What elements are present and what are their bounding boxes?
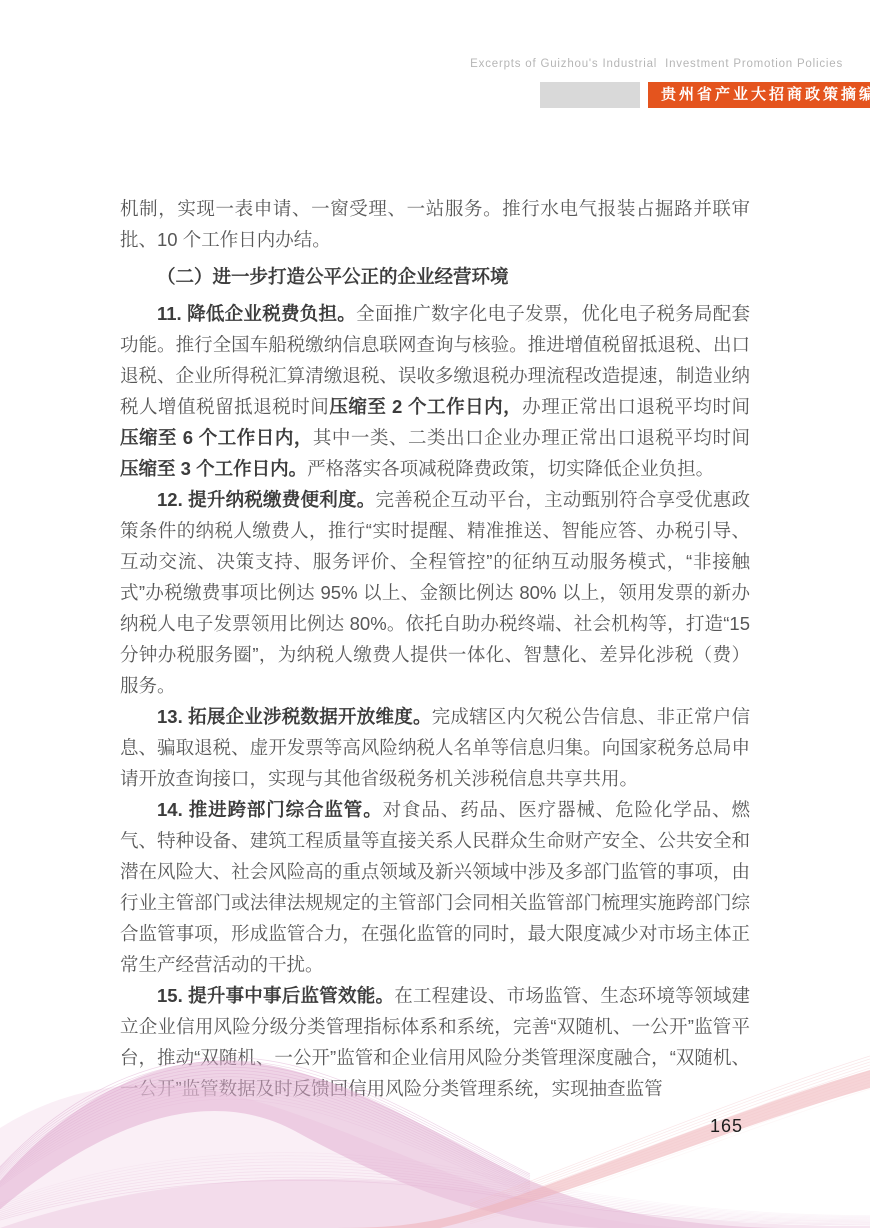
document-page: Excerpts of Guizhou's Industrial Investm… — [0, 0, 870, 1228]
wave-thread — [0, 1156, 870, 1217]
text-run: 其中一类、二类出口企业办理正常出口退税平均时间 — [313, 427, 750, 448]
header-gray-bar — [540, 82, 640, 108]
document-body: 机制，实现一表申请、一窗受理、一站服务。推行水电气报装占掘路并联审批、10 个工… — [120, 193, 750, 1104]
text-run: 机制，实现一表申请、一窗受理、一站服务。推行水电气报装占掘路并联审批、10 个工… — [120, 198, 750, 250]
wave-thread — [0, 1162, 870, 1219]
paragraph: 15. 提升事中事后监管效能。在工程建设、市场监管、生态环境等领域建立企业信用风… — [120, 980, 750, 1104]
text-run: 14. 推进跨部门综合监管。 — [157, 799, 383, 820]
text-run: 压缩至 3 个工作日内。 — [120, 458, 307, 479]
wave-thread — [0, 1180, 870, 1225]
text-run: 11. 降低企业税费负担。 — [157, 303, 356, 324]
header-english-title: Excerpts of Guizhou's Industrial Investm… — [470, 58, 843, 70]
paragraph: 14. 推进跨部门综合监管。对食品、药品、医疗器械、危险化学品、燃气、特种设备、… — [120, 794, 750, 980]
text-run: 严格落实各项减税降费政策，切实降低企业负担。 — [307, 458, 714, 479]
wave-band-low — [0, 1179, 870, 1228]
section-heading: （二）进一步打造公平公正的企业经营环境 — [120, 261, 750, 292]
text-run: 对食品、药品、医疗器械、危险化学品、燃气、特种设备、建筑工程质量等直接关系人民群… — [120, 799, 750, 975]
wave-thread — [0, 1096, 530, 1193]
wave-thread — [0, 1165, 870, 1220]
text-run: 完善税企互动平台，主动甄别符合享受优惠政策条件的纳税人缴费人，推行“实时提醒、精… — [120, 489, 750, 696]
paragraph: 12. 提升纳税缴费便利度。完善税企互动平台，主动甄别符合享受优惠政策条件的纳税… — [120, 484, 750, 701]
text-run: 15. 提升事中事后监管效能。 — [157, 985, 394, 1006]
wave-thread — [0, 1153, 870, 1216]
text-run: 13. 拓展企业涉税数据开放维度。 — [157, 706, 432, 727]
wave-thread — [0, 1168, 870, 1221]
wave-thread — [0, 1099, 530, 1195]
text-run: 办理正常出口退税平均时间 — [522, 396, 750, 417]
wave-thread — [0, 1093, 530, 1192]
wave-thread — [470, 1089, 870, 1224]
wave-wash — [0, 1084, 870, 1228]
text-run: （二）进一步打造公平公正的企业经营环境 — [157, 266, 509, 287]
paragraph: 11. 降低企业税费负担。全面推广数字化电子发票，优化电子税务局配套功能。推行全… — [120, 298, 750, 484]
wave-thread — [0, 1089, 530, 1190]
paragraph: 机制，实现一表申请、一窗受理、一站服务。推行水电气报装占掘路并联审批、10 个工… — [120, 193, 750, 255]
wave-thread — [470, 1086, 870, 1222]
text-run: 压缩至 2 个工作日内， — [329, 396, 522, 417]
wave-thread — [0, 1177, 870, 1224]
wave-thread — [0, 1159, 870, 1218]
header-title-bar: 贵州省产业大招商政策摘编 — [648, 82, 870, 108]
wave-thread — [0, 1171, 870, 1222]
text-run: 压缩至 6 个工作日内， — [120, 427, 313, 448]
header-chinese-title: 贵州省产业大招商政策摘编 — [661, 86, 870, 103]
wave-thread — [0, 1174, 870, 1223]
paragraph: 13. 拓展企业涉税数据开放维度。完成辖区内欠税公告信息、非正常户信息、骗取退税… — [120, 701, 750, 794]
page-number: 165 — [710, 1116, 743, 1137]
text-run: 12. 提升纳税缴费便利度。 — [157, 489, 375, 510]
